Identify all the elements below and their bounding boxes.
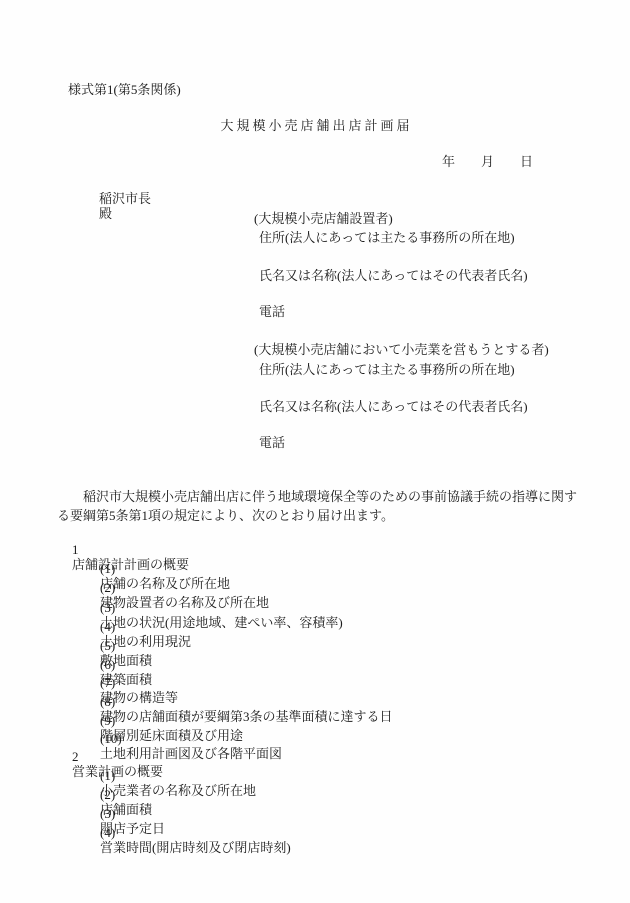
list-item: (4) 営業時間(開店時刻及び閉店時刻) [87, 810, 291, 870]
installer-phone-label: 電話 [259, 304, 285, 319]
addressee-name: 稲沢市長 [99, 191, 269, 206]
document-title: 大規模小売店舗出店計画届 [0, 118, 630, 133]
statement-line-1: 稲沢市大規模小売店舗出店に伴う地域環境保全等のための事前協議手続の指導に関す [83, 489, 577, 504]
installer-name-label: 氏名又は名称(法人にあってはその代表者氏名) [259, 268, 528, 283]
installer-address-label: 住所(法人にあっては主たる事務所の所在地) [259, 230, 515, 245]
installer-heading: (大規模小売店舗設置者) [254, 211, 393, 226]
date-year-label: 年 [442, 154, 455, 169]
item-number: (4) [100, 825, 140, 840]
date-line: 年 月 日 [442, 154, 533, 169]
date-day-label: 日 [520, 154, 533, 169]
retailer-phone-label: 電話 [259, 435, 285, 450]
retailer-heading: (大規模小売店舗において小売業を営もうとする者) [254, 342, 549, 357]
form-code: 様式第1(第5条関係) [68, 82, 181, 97]
item-label: 営業時間(開店時刻及び閉店時刻) [100, 840, 291, 855]
retailer-name-label: 氏名又は名称(法人にあってはその代表者氏名) [259, 399, 528, 414]
statement-line-2: る要綱第5条第1項の規定により、次のとおり届け出ます。 [57, 508, 394, 523]
addressee-honorific: 殿 [99, 206, 112, 221]
addressee-line: 稲沢市長 殿 [86, 176, 269, 236]
retailer-address-label: 住所(法人にあっては主たる事務所の所在地) [259, 362, 515, 377]
date-month-label: 月 [481, 154, 494, 169]
document-page: 様式第1(第5条関係) 大規模小売店舗出店計画届 年 月 日 稲沢市長 殿 (大… [0, 0, 630, 903]
